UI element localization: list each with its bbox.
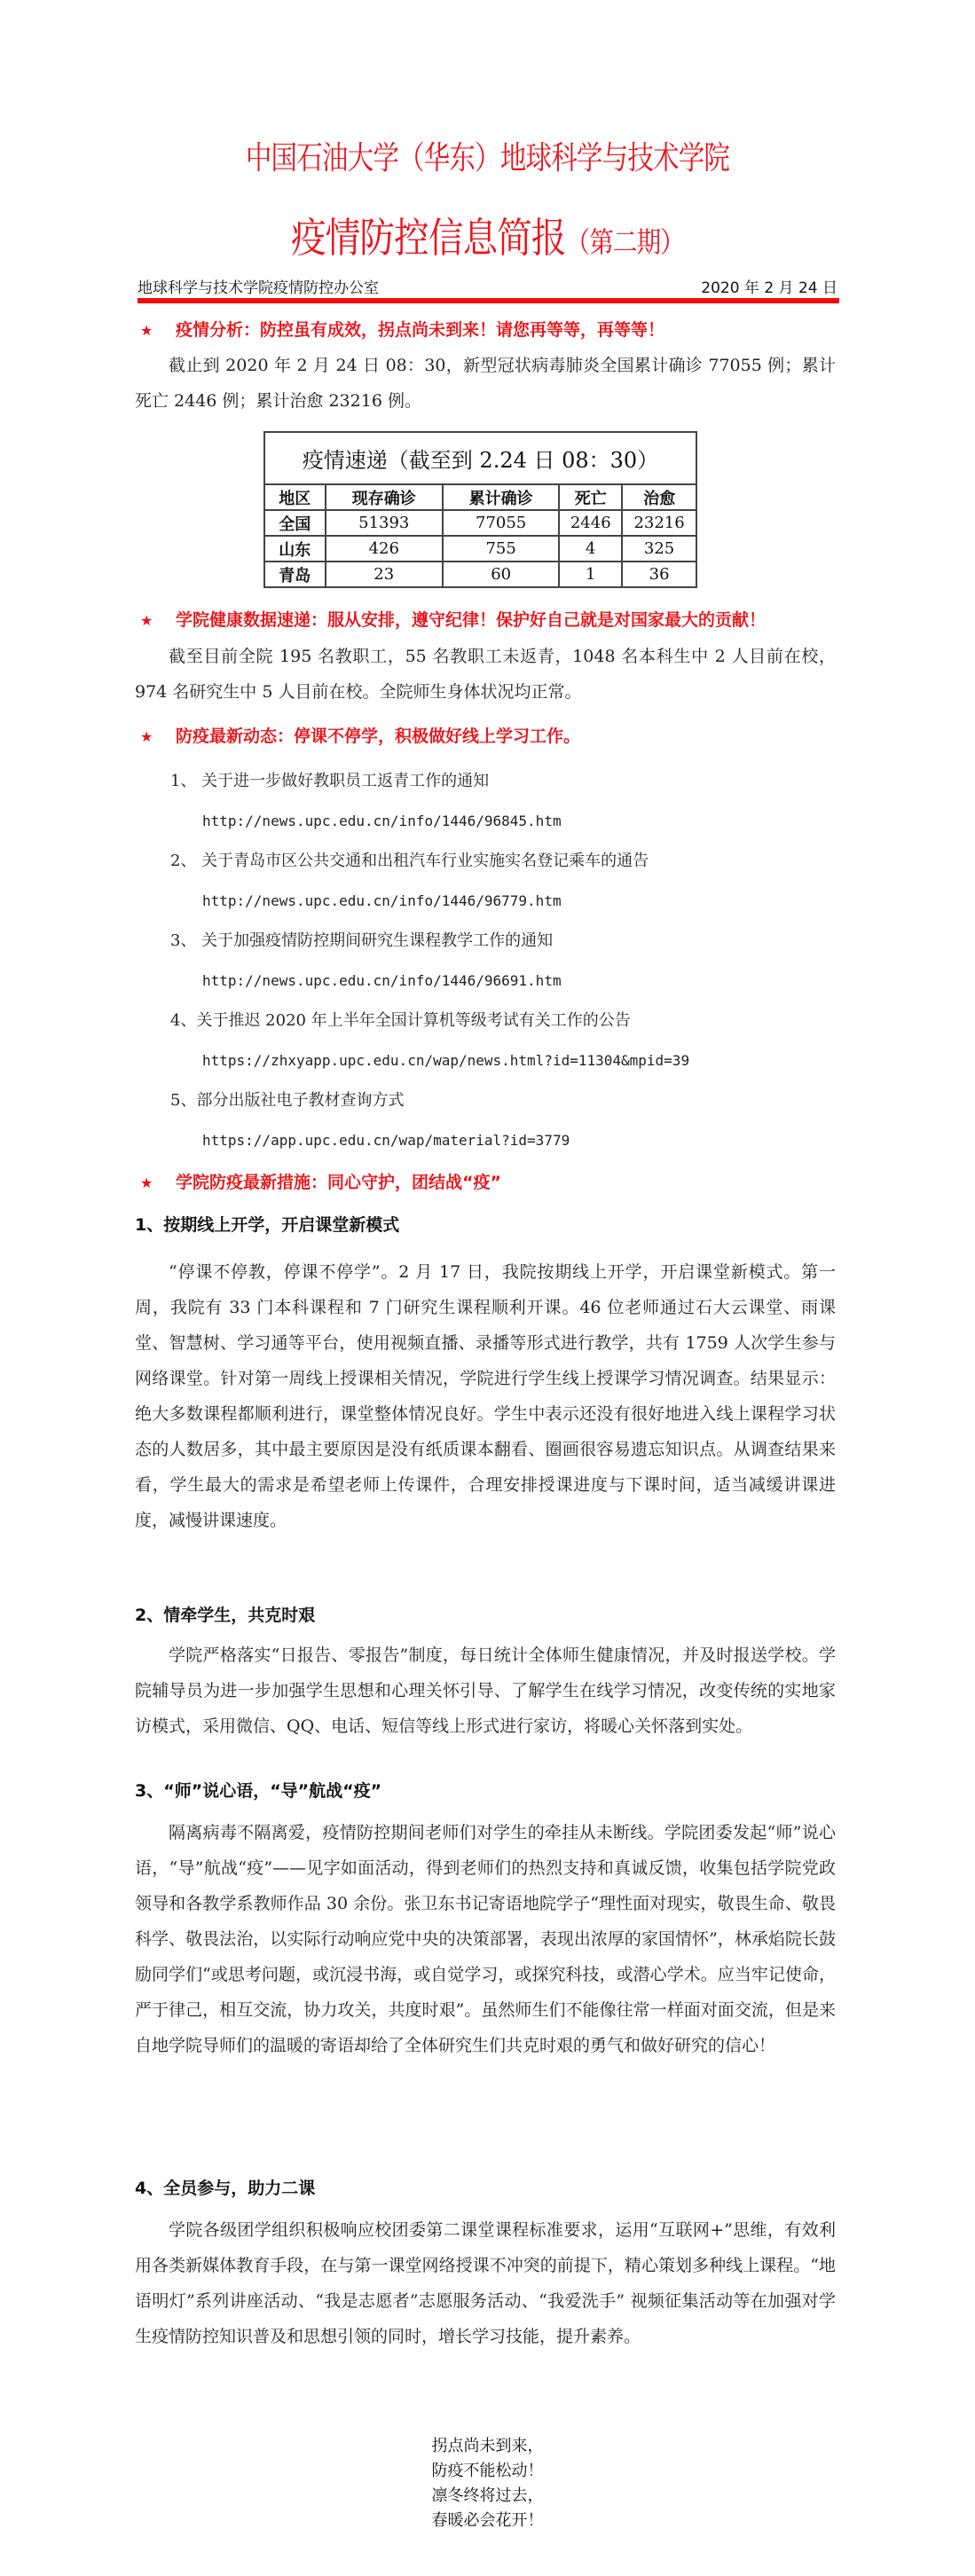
section-heading-text: 学院防疫最新措施：同心守护，团结战“疫” bbox=[176, 1173, 501, 1192]
table-caption: 疫情速递（截至到 2.24 日 08：30） bbox=[264, 432, 696, 484]
poem-line: 春暖必会花开！ bbox=[0, 2509, 975, 2533]
subsection-heading: 2、情牵学生，共克时艰 bbox=[135, 1602, 315, 1626]
news-item-link[interactable]: http://news.upc.edu.cn/info/1446/96845.h… bbox=[170, 801, 689, 841]
bulletin-title-main: 疫情防控信息简报 bbox=[291, 214, 566, 262]
subsection-text: 学院各级团学组织积极响应校团委第二课堂课程标准要求，运用“互联网+”思维，有效利… bbox=[135, 2212, 836, 2354]
red-header-rule bbox=[138, 298, 839, 303]
poem-line: 拐点尚未到来， bbox=[0, 2434, 975, 2459]
institution-title: 中国石油大学（华东）地球科学与技术学院 bbox=[88, 133, 887, 178]
cell-current: 426 bbox=[326, 536, 443, 562]
section-heading-health: ★学院健康数据速递：服从安排，遵守纪律！保护好自己就是对国家最大的贡献！ bbox=[140, 607, 766, 631]
news-item-link[interactable]: https://zhxyapp.upc.edu.cn/wap/news.html… bbox=[170, 1041, 689, 1080]
star-icon: ★ bbox=[140, 728, 176, 745]
cell-region: 全国 bbox=[264, 510, 326, 536]
analysis-paragraph: 截止到 2020 年 2 月 24 日 08：30，新型冠状病毒肺炎全国累计确诊… bbox=[135, 348, 836, 419]
section-heading-news: ★防疫最新动态：停课不停学，积极做好线上学习工作。 bbox=[140, 723, 580, 747]
cell-cumulative: 60 bbox=[443, 562, 559, 587]
news-item-link[interactable]: https://app.upc.edu.cn/wap/material?id=3… bbox=[170, 1120, 689, 1160]
table-header-row: 地区 现存确诊 累计确诊 死亡 治愈 bbox=[264, 484, 696, 510]
subsection-heading: 1、按期线上开学，开启课堂新模式 bbox=[135, 1212, 399, 1236]
news-item-title: 3、 关于加强疫情防控期间研究生课程教学工作的通知 bbox=[170, 921, 689, 961]
epidemic-stats-table: 疫情速递（截至到 2.24 日 08：30） 地区 现存确诊 累计确诊 死亡 治… bbox=[263, 431, 697, 588]
issuing-office: 地球科学与技术学院疫情防控办公室 bbox=[138, 275, 379, 297]
table-row: 全国 51393 77055 2446 23216 bbox=[264, 510, 696, 536]
subsection-heading: 4、全员参与，助力二课 bbox=[135, 2175, 315, 2199]
cell-current: 51393 bbox=[326, 510, 443, 536]
issue-number: （第二期） bbox=[566, 225, 684, 259]
analysis-text: 截止到 2020 年 2 月 24 日 08：30，新型冠状病毒肺炎全国累计确诊… bbox=[135, 348, 836, 419]
news-item-title: 2、 关于青岛市区公共交通和出租汽车行业实施实名登记乘车的通告 bbox=[170, 841, 689, 881]
news-item-link[interactable]: http://news.upc.edu.cn/info/1446/96691.h… bbox=[170, 961, 689, 1001]
column-header: 治愈 bbox=[622, 484, 696, 510]
news-list: 1、 关于进一步做好教职员工返青工作的通知 http://news.upc.ed… bbox=[170, 761, 689, 1160]
cell-cumulative: 755 bbox=[443, 536, 559, 562]
column-header: 地区 bbox=[264, 484, 326, 510]
news-item-title: 1、 关于进一步做好教职员工返青工作的通知 bbox=[170, 761, 689, 801]
section-heading-text: 疫情分析：防控虽有成效，拐点尚未到来！请您再等等，再等等！ bbox=[176, 320, 664, 340]
health-text: 截至目前全院 195 名教职工，55 名教职工未返青，1048 名本科生中 2 … bbox=[135, 639, 836, 710]
subsection-text: 学院严格落实“日报告、零报告”制度，每日统计全体师生健康情况，并及时报送学校。学… bbox=[135, 1637, 836, 1744]
subsection-heading: 3、“师”说心语，“导”航战“疫” bbox=[135, 1778, 381, 1802]
subsection-paragraph: 隔离病毒不隔离爱，疫情防控期间老师们对学生的牵挂从未断线。学院团委发起“师”说心… bbox=[135, 1815, 836, 2063]
section-heading-measures: ★学院防疫最新措施：同心守护，团结战“疫” bbox=[140, 1169, 501, 1193]
column-header: 现存确诊 bbox=[326, 484, 443, 510]
bulletin-title: 疫情防控信息简报（第二期） bbox=[68, 206, 907, 264]
subsection-paragraph: 学院各级团学组织积极响应校团委第二课堂课程标准要求，运用“互联网+”思维，有效利… bbox=[135, 2212, 836, 2354]
section-heading-text: 防疫最新动态：停课不停学，积极做好线上学习工作。 bbox=[176, 726, 580, 746]
news-item-link[interactable]: http://news.upc.edu.cn/info/1446/96779.h… bbox=[170, 881, 689, 921]
column-header: 累计确诊 bbox=[443, 484, 559, 510]
subsection-text: “停课不停教，停课不停学”。2 月 17 日，我院按期线上开学，开启课堂新模式。… bbox=[135, 1254, 836, 1538]
cell-deaths: 1 bbox=[559, 562, 622, 587]
cell-deaths: 4 bbox=[559, 536, 622, 562]
star-icon: ★ bbox=[140, 1174, 176, 1191]
table-row: 山东 426 755 4 325 bbox=[264, 536, 696, 562]
section-heading-analysis: ★疫情分析：防控虽有成效，拐点尚未到来！请您再等等，再等等！ bbox=[140, 317, 664, 341]
star-icon: ★ bbox=[140, 322, 176, 339]
poem-line: 防疫不能松动！ bbox=[0, 2459, 975, 2484]
star-icon: ★ bbox=[140, 612, 176, 629]
cell-current: 23 bbox=[326, 562, 443, 587]
cell-region: 青岛 bbox=[264, 562, 326, 587]
cell-recovered: 23216 bbox=[622, 510, 696, 536]
cell-recovered: 36 bbox=[622, 562, 696, 587]
news-item-title: 5、部分出版社电子教材查询方式 bbox=[170, 1080, 689, 1120]
closing-poem: 拐点尚未到来， 防疫不能松动！ 凛冬终将过去， 春暖必会花开！ bbox=[0, 2434, 975, 2533]
cell-cumulative: 77055 bbox=[443, 510, 559, 536]
section-heading-text: 学院健康数据速递：服从安排，遵守纪律！保护好自己就是对国家最大的贡献！ bbox=[176, 610, 766, 630]
poem-line: 凛冬终将过去， bbox=[0, 2484, 975, 2509]
subsection-paragraph: “停课不停教，停课不停学”。2 月 17 日，我院按期线上开学，开启课堂新模式。… bbox=[135, 1254, 836, 1538]
subsection-text: 隔离病毒不隔离爱，疫情防控期间老师们对学生的牵挂从未断线。学院团委发起“师”说心… bbox=[135, 1815, 836, 2063]
news-item-title: 4、关于推迟 2020 年上半年全国计算机等级考试有关工作的公告 bbox=[170, 1001, 689, 1041]
cell-deaths: 2446 bbox=[559, 510, 622, 536]
column-header: 死亡 bbox=[559, 484, 622, 510]
health-paragraph: 截至目前全院 195 名教职工，55 名教职工未返青，1048 名本科生中 2 … bbox=[135, 639, 836, 710]
issue-date: 2020 年 2 月 24 日 bbox=[701, 275, 837, 297]
cell-region: 山东 bbox=[264, 536, 326, 562]
cell-recovered: 325 bbox=[622, 536, 696, 562]
subsection-paragraph: 学院严格落实“日报告、零报告”制度，每日统计全体师生健康情况，并及时报送学校。学… bbox=[135, 1637, 836, 1744]
table-row: 青岛 23 60 1 36 bbox=[264, 562, 696, 587]
